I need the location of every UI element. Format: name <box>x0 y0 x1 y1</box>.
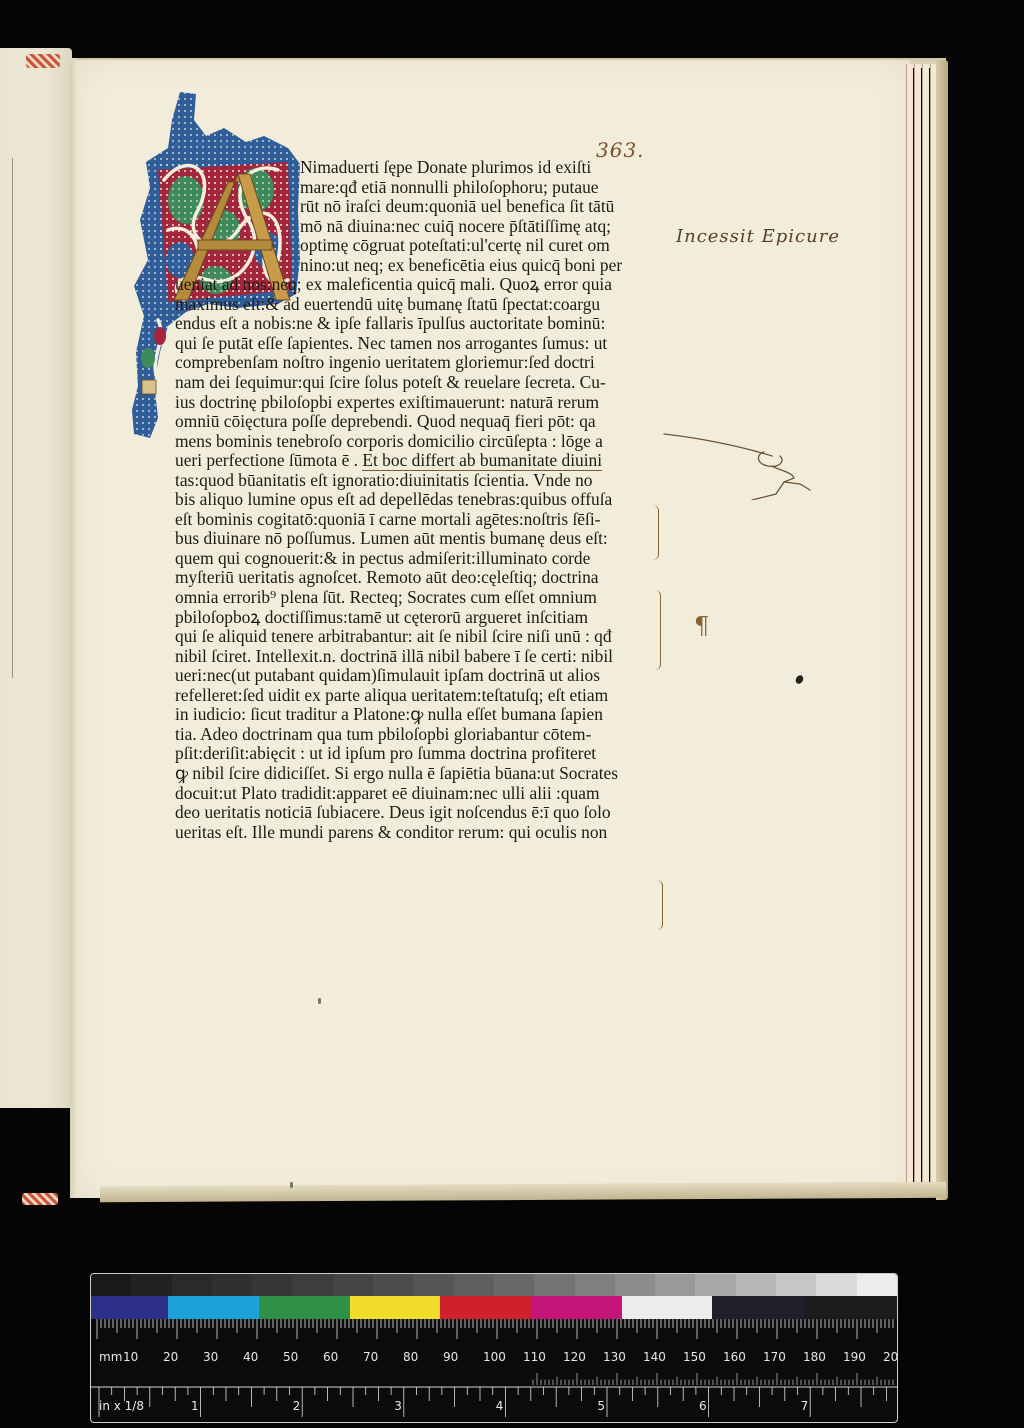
gray-step <box>454 1274 494 1296</box>
color-patch-green <box>259 1296 350 1319</box>
mm-tick-label: 160 <box>723 1350 746 1364</box>
text-line: ueniat ad nos:neq; ex maleficentia quicq… <box>175 275 660 295</box>
color-patch-yellow <box>350 1296 440 1319</box>
text-line: qui ſe putāt eſſe ſapientes. Nec tamen n… <box>175 334 660 354</box>
mm-tick-label: 20 <box>163 1350 178 1364</box>
text-line: deo ueritatis noticiā ſubiacere. Deus ig… <box>175 803 660 823</box>
mm-unit-label: mm <box>99 1350 122 1364</box>
mm-tick-label: 170 <box>763 1350 786 1364</box>
text-line: mō nā diuina:nec cuiq̄ nocere p̄ſtātiſſi… <box>175 217 660 237</box>
left-facing-page <box>0 48 72 1108</box>
text-line: ueritas eſt. Ille mundi parens & condito… <box>175 823 660 843</box>
mm-tick-label: 60 <box>323 1350 338 1364</box>
text-line: endus eſt a nobis:ne & ipſe fallaris īpu… <box>175 314 660 334</box>
text-line: ueri:nec(ut putabant quidam)ſimulauit ip… <box>175 666 660 686</box>
gray-step <box>816 1274 856 1296</box>
paper-mark <box>290 1182 293 1188</box>
mm-tick-label: 50 <box>283 1350 298 1364</box>
marginal-annotation: Incessit Epicure <box>676 226 840 247</box>
page-stack-edge <box>906 64 913 1188</box>
mm-tick-label: 80 <box>403 1350 418 1364</box>
color-patch-red <box>440 1296 531 1319</box>
text-line: maximus eſt:& ad euertendū uitę bumanę ſ… <box>175 295 660 315</box>
page-bottom-edge <box>100 1182 946 1202</box>
mm-tick-label: 140 <box>643 1350 666 1364</box>
gray-step <box>333 1274 373 1296</box>
printed-text-block: Nimaduerti ſępe Donate plurimos id exiſt… <box>175 158 660 842</box>
headband-bottom <box>22 1193 58 1205</box>
mm-tick-label: 90 <box>443 1350 458 1364</box>
gray-step <box>373 1274 413 1296</box>
paragraph-mark-icon: ¶ <box>694 612 709 640</box>
color-patch-strip <box>91 1296 897 1319</box>
text-line: docuit:ut Plato tradidit:apparet eē diui… <box>175 784 660 804</box>
text-line: ueri perfectione ſūmota ē . Et boc diffe… <box>175 451 660 471</box>
mm-tick-label: 180 <box>803 1350 826 1364</box>
gray-step <box>776 1274 816 1296</box>
text-line: omniū cōięctura poſſe deprebendi. Quod n… <box>175 412 660 432</box>
gray-step <box>91 1274 131 1296</box>
paper-mark <box>318 998 321 1004</box>
margin-bracket <box>652 590 661 670</box>
inch-unit-label: in x 1/8 <box>99 1399 144 1413</box>
mm-tick-label: 10 <box>123 1350 138 1364</box>
text-line: rūt nō iraſci deum:quoniā uel benefica ſ… <box>175 197 660 217</box>
gray-step <box>534 1274 574 1296</box>
mm-tick-label: 20 <box>883 1350 898 1364</box>
text-line: in iudicio: ſicut traditur a Platone:ꝙ n… <box>175 705 660 725</box>
gray-step <box>575 1274 615 1296</box>
gray-step <box>695 1274 735 1296</box>
page-stack-edge <box>914 64 921 1188</box>
inch-tick-label: 7 <box>801 1399 809 1413</box>
gray-step <box>655 1274 695 1296</box>
color-calibration-scale: mm10203040506070809010011012013014015016… <box>90 1273 898 1423</box>
gray-step <box>736 1274 776 1296</box>
text-line: refelleret:ſed uidit ex parte aliqua uer… <box>175 686 660 706</box>
mm-tick-label: 40 <box>243 1350 258 1364</box>
inch-tick-label: 2 <box>293 1399 301 1413</box>
text-line: tia. Adeo doctrinam qua tum pbiloſopbi g… <box>175 725 660 745</box>
inch-tick-label: 6 <box>699 1399 707 1413</box>
text-line: nibil ſciret. Intellexit.n. doctrinā ill… <box>175 647 660 667</box>
margin-bracket <box>654 880 663 930</box>
headband-top <box>26 54 60 68</box>
cover-fore-edge <box>936 60 948 1200</box>
text-line: mens bominis tenebroſo corporis domicili… <box>175 432 660 452</box>
color-patch-navy <box>712 1296 804 1319</box>
inch-tick-label: 3 <box>394 1399 402 1413</box>
text-line: myſteriū ueritatis agnoſcet. Remoto aūt … <box>175 568 660 588</box>
text-line: qui ſe aliquid tenere arbitrabantur: ait… <box>175 627 660 647</box>
gray-step <box>292 1274 332 1296</box>
text-line: nino:ut neq; ex beneficētia eius quicq̄ … <box>175 256 660 276</box>
color-patch-white <box>622 1296 712 1319</box>
mm-tick-label: 30 <box>203 1350 218 1364</box>
margin-bracket <box>650 505 659 560</box>
measurement-ruler <box>91 1319 897 1422</box>
mm-tick-label: 110 <box>523 1350 546 1364</box>
mm-tick-label: 190 <box>843 1350 866 1364</box>
gray-step <box>252 1274 292 1296</box>
page-stack-edge <box>922 64 929 1188</box>
inch-tick-label: 4 <box>496 1399 504 1413</box>
text-line: quem qui cognouerit:& in pectus admiſeri… <box>175 549 660 569</box>
gray-step <box>857 1274 897 1296</box>
text-line: ꝙ nibil ſcire didiciſſet. Si ergo nulla … <box>175 764 660 784</box>
gray-step <box>615 1274 655 1296</box>
text-line: mare:qđ etiā nonnulli philoſophoru; puta… <box>175 178 660 198</box>
gray-step <box>494 1274 534 1296</box>
text-line: Nimaduerti ſępe Donate plurimos id exiſt… <box>175 158 660 178</box>
gray-step <box>172 1274 212 1296</box>
underlined-passage: Et boc differt ab bumanitate diuini <box>362 450 602 471</box>
inch-tick-label: 5 <box>597 1399 605 1413</box>
color-patch-magenta <box>531 1296 622 1319</box>
text-line: bis aliquo lumine opus eſt ad depellēdas… <box>175 490 660 510</box>
inch-tick-label: 1 <box>191 1399 199 1413</box>
mm-tick-label: 120 <box>563 1350 586 1364</box>
text-fragment: ueri perfectione ſūmota ē . <box>175 450 358 470</box>
text-line: pbiloſopboꝝ doctiſſimus:tamē ut cęterorū… <box>175 608 660 628</box>
mm-tick-label: 150 <box>683 1350 706 1364</box>
mm-tick-label: 70 <box>363 1350 378 1364</box>
text-line: nam dei ſequimur:qui ſcire ſolus poteſt … <box>175 373 660 393</box>
gray-step <box>131 1274 171 1296</box>
text-line: bus diuinare nō poſſumus. Lumen aūt ment… <box>175 529 660 549</box>
color-patch-blue <box>91 1296 168 1319</box>
text-line: optimę cōgruat poteſtati:ul'certę nil cu… <box>175 236 660 256</box>
grayscale-strip <box>91 1274 897 1296</box>
left-page-marginal-marks <box>0 158 13 678</box>
manicule-pointing-hand-icon <box>660 420 830 500</box>
gray-step <box>212 1274 252 1296</box>
text-line: ius doctrinę pbiloſopbi expertes exiſtim… <box>175 393 660 413</box>
gray-step <box>413 1274 453 1296</box>
color-patch-black <box>804 1296 897 1319</box>
text-line: comprebenſam noſtro ingenio ueritatem gl… <box>175 353 660 373</box>
mm-tick-label: 130 <box>603 1350 626 1364</box>
text-line: eſt bominis cogitatō:quoniā ī carne mort… <box>175 510 660 530</box>
text-line: omnia errorib⁹ plena ſūt. Recteq; Socrat… <box>175 588 660 608</box>
text-line: pſit:deriſit:abięcit : ut id ipſum pro ſ… <box>175 744 660 764</box>
text-line: tas:quod būanitatis eſt ignoratio:diuini… <box>175 471 660 491</box>
mm-tick-label: 100 <box>483 1350 506 1364</box>
color-patch-cyan <box>168 1296 259 1319</box>
